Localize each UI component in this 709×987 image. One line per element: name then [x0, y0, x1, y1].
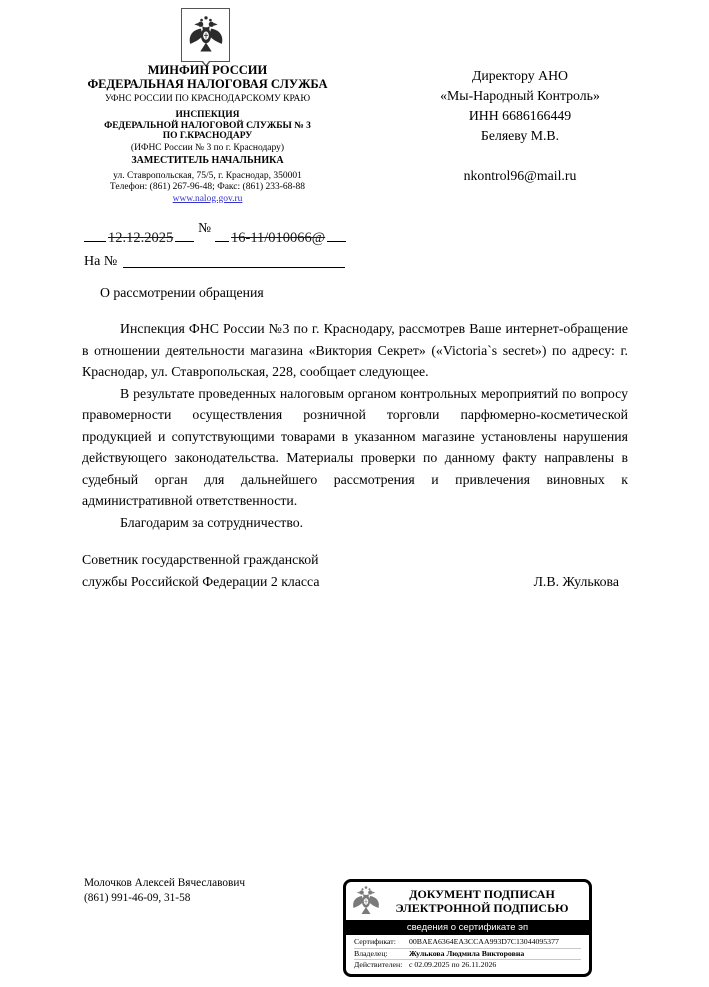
rule-line [175, 241, 194, 242]
sender-address: ул. Ставропольская, 75/5, г. Краснодар, … [60, 171, 355, 182]
stamp-certificate-bar: сведения о сертификате эп [346, 920, 589, 935]
validity-label: Действителен: [354, 960, 409, 971]
recipient-line: «Мы-Народный Контроль» [400, 86, 640, 106]
letter-number: 16-11/010066@ [229, 230, 327, 247]
recipient-email: nkontrol96@mail.ru [400, 166, 640, 186]
recipient-line: Беляеву М.В. [400, 126, 640, 146]
sender-phones: Телефон: (861) 267-96-48; Факс: (861) 23… [60, 182, 355, 193]
signer-position-title: ЗАМЕСТИТЕЛЬ НАЧАЛЬНИКА [60, 155, 355, 166]
coat-of-arms-box [181, 8, 230, 62]
letter-page: МИНФИН РОССИИ ФЕДЕРАЛЬНАЯ НАЛОГОВАЯ СЛУЖ… [0, 0, 709, 987]
inspection-name-line3: ПО Г.КРАСНОДАРУ [60, 131, 355, 142]
signer-name: Л.В. Жулькова [534, 571, 619, 593]
letter-body: Инспекция ФНС России №3 по г. Краснодару… [82, 318, 628, 533]
rule-line [327, 241, 346, 242]
certificate-row: Сертификат: 00BAEA6364EA3CCAA993D7C13044… [354, 937, 581, 949]
inspection-short-name: (ИФНС России № 3 по г. Краснодару) [60, 143, 355, 154]
certificate-row: Владелец: Жулькова Людмила Викторовна [354, 949, 581, 961]
body-paragraph: Благодарим за сотрудничество. [82, 512, 628, 534]
certificate-label: Сертификат: [354, 937, 409, 948]
letter-date: 12.12.2025 [106, 230, 175, 247]
stamp-certificate-details: Сертификат: 00BAEA6364EA3CCAA993D7C13044… [346, 935, 589, 974]
service-name: ФЕДЕРАЛЬНАЯ НАЛОГОВАЯ СЛУЖБА [60, 78, 355, 92]
stamp-header: ДОКУМЕНТ ПОДПИСАН ЭЛЕКТРОННОЙ ПОДПИСЬЮ [346, 882, 589, 920]
recipient-line: Директору АНО [400, 66, 640, 86]
owner-value: Жулькова Людмила Викторовна [409, 949, 581, 960]
inspection-name-line1: ИНСПЕКЦИЯ [60, 110, 355, 121]
inspection-name-line2: ФЕДЕРАЛЬНОЙ НАЛОГОВОЙ СЛУЖБЫ № 3 [60, 121, 355, 132]
certificate-row: Действителен: с 02.09.2025 по 26.11.2026 [354, 960, 581, 971]
signature-block: Советник государственной гражданской слу… [82, 549, 619, 592]
double-headed-eagle-icon [187, 13, 225, 57]
executor-phone: (861) 991-46-09, 31-58 [84, 891, 245, 906]
letterhead: МИНФИН РОССИИ ФЕДЕРАЛЬНАЯ НАЛОГОВАЯ СЛУЖ… [60, 64, 355, 205]
electronic-signature-stamp: ДОКУМЕНТ ПОДПИСАН ЭЛЕКТРОННОЙ ПОДПИСЬЮ с… [343, 879, 592, 977]
validity-value: с 02.09.2025 по 26.11.2026 [409, 960, 581, 971]
owner-label: Владелец: [354, 949, 409, 960]
blank-underline [123, 267, 345, 268]
recipient-block: Директору АНО «Мы-Народный Контроль» ИНН… [400, 66, 640, 186]
reply-prefix: На № [84, 254, 117, 270]
certificate-value: 00BAEA6364EA3CCAA993D7C13044095377 [409, 937, 581, 948]
stamp-title: ДОКУМЕНТ ПОДПИСАН ЭЛЕКТРОННОЙ ПОДПИСЬЮ [381, 887, 583, 915]
rule-line [84, 241, 106, 242]
reference-date-number-row: 12.12.2025 № 16-11/010066@ [84, 220, 346, 247]
body-paragraph: В результате проведенных налоговым орган… [82, 383, 628, 512]
letter-subject: О рассмотрении обращения [100, 285, 264, 301]
recipient-line: ИНН 6686166449 [400, 106, 640, 126]
number-sign: № [198, 220, 211, 236]
regional-office-name: УФНС РОССИИ ПО КРАСНОДАРСКОМУ КРАЮ [60, 94, 355, 105]
signer-position: Советник государственной гражданской слу… [82, 549, 319, 592]
nalog-website-link[interactable]: www.nalog.gov.ru [173, 194, 243, 204]
stamp-double-headed-eagle-icon [351, 884, 381, 918]
executor-name: Молочков Алексей Вячеславович [84, 876, 245, 891]
executor-block: Молочков Алексей Вячеславович (861) 991-… [84, 876, 245, 906]
body-paragraph: Инспекция ФНС России №3 по г. Краснодару… [82, 318, 628, 383]
ministry-name: МИНФИН РОССИИ [60, 64, 355, 78]
reply-reference-row: На № [84, 254, 345, 270]
rule-line [215, 241, 229, 242]
